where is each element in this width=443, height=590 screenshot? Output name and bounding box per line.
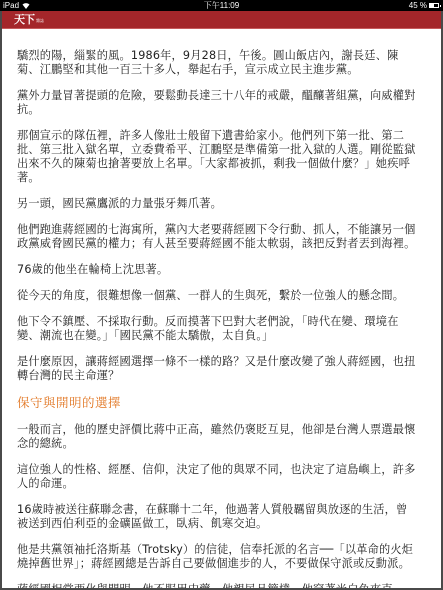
logo-main: 天下	[14, 13, 34, 26]
section-heading: 保守與開明的選擇	[17, 395, 417, 410]
paragraph: 他是共黨領袖托洛斯基（Trotsky）的信徒，信奉托派的名言──「以革命的火炬燒…	[17, 543, 417, 571]
paragraph: 一般而言，他的歷史評價比蔣中正高，雖然仍褒貶互見，他卻是台灣人票選最懷念的總統。	[17, 423, 417, 451]
logo-sub: 雜誌	[36, 18, 44, 26]
status-right: 45 %	[409, 0, 439, 11]
paragraph: 蔣經國相當西化與開明，他不服用中藥，他親民且簡樸。他穿著米白色夾克	[17, 583, 417, 588]
paragraph: 他們跑進蔣經國的七海寓所，黨內大老要蔣經國下令行動、抓人，不能讓另一個政黨威脅國…	[17, 223, 417, 251]
logo[interactable]: 天下 雜誌	[14, 13, 44, 26]
paragraph: 從今天的角度，很難想像一個黨、一群人的生與死，繫於一位強人的懸念間。	[17, 289, 417, 303]
battery-icon	[429, 3, 439, 8]
paragraph: 黨外力量冒著提頭的危險，要鬆動長達三十八年的戒嚴，醞釀著組黨，向威權對抗。	[17, 89, 417, 117]
article-body: 驕烈的陽，緇緊的風。1986年，9月28日，午後。圓山飯店內，謝長廷、陳菊、江鵬…	[2, 29, 441, 588]
paragraph: 他下令不鎮壓、不採取行動。反而摸著下巴對大老們說，「時代在變、環境在變、潮流也在…	[17, 315, 417, 343]
paragraph: 驕烈的陽，緇緊的風。1986年，9月28日，午後。圓山飯店內，謝長廷、陳菊、江鵬…	[17, 49, 417, 77]
paragraph: 16歲時被送往蘇聯念書，在蘇聯十二年，他過著人質般羈留與放逐的生活，曾被送到西伯…	[17, 503, 417, 531]
battery-percent: 45 %	[409, 0, 427, 11]
app-header: 天下 雜誌	[2, 11, 441, 29]
app-frame: 天下 雜誌 驕烈的陽，緇緊的風。1986年，9月28日，午後。圓山飯店內，謝長廷…	[2, 11, 441, 588]
paragraph: 這位強人的性格、經歷、信仰，決定了他的與眾不同，也決定了這島嶼上，許多人的命運。	[17, 463, 417, 491]
paragraph: 那個宣示的隊伍裡，許多人像壯士般留下遺書給家小。他們列下第一批、第二批、第三批入…	[17, 129, 417, 185]
status-bar: iPad 下午11:09 45 %	[0, 0, 443, 11]
paragraph: 另一頭，國民黨鷹派的力量張牙舞爪著。	[17, 197, 417, 211]
status-time: 下午11:09	[0, 0, 443, 11]
paragraph: 76歲的他坐在輪椅上沈思著。	[17, 263, 417, 277]
paragraph: 是什麼原因，讓蔣經國選擇一條不一樣的路？又是什麼改變了強人蔣經國，也扭轉台灣的民…	[17, 355, 417, 383]
